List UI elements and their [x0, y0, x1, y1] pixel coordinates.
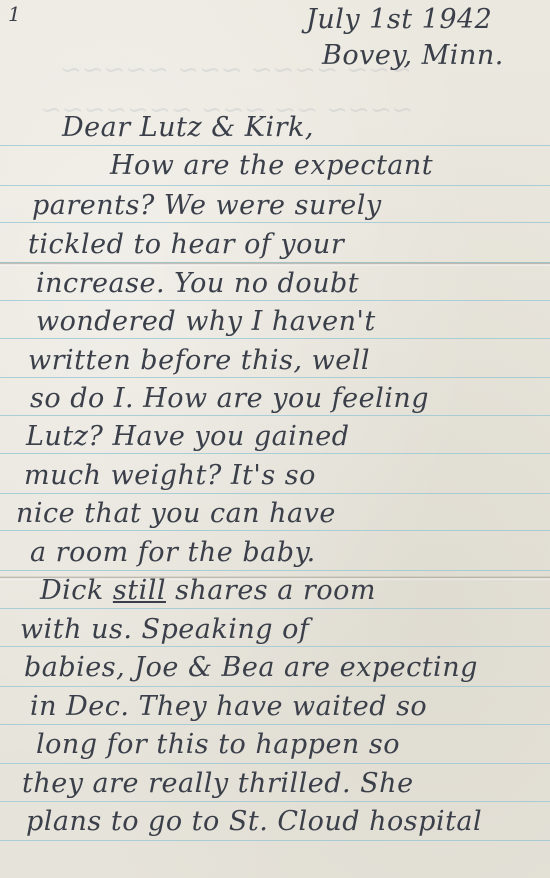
letter-place: Bovey, Minn.: [322, 40, 504, 71]
ruled-line: [0, 530, 550, 531]
ruled-line: [0, 724, 550, 725]
ruled-line: [0, 300, 550, 301]
ruled-line: [0, 686, 550, 687]
body-line: Lutz? Have you gained: [26, 421, 350, 452]
body-line: so do I. How are you feeling: [30, 383, 429, 414]
ruled-line: [0, 453, 550, 454]
ruled-line: [0, 646, 550, 647]
body-line: wondered why I haven't: [36, 306, 376, 337]
body-line: much weight? It's so: [24, 460, 316, 491]
salutation: Dear Lutz & Kirk,: [62, 112, 314, 143]
ruled-line: [0, 185, 550, 186]
body-line: with us. Speaking of: [20, 614, 309, 645]
ruled-line: [0, 222, 550, 223]
body-line: babies, Joe & Bea are expecting: [24, 652, 478, 683]
ruled-line: [0, 415, 550, 416]
body-line: in Dec. They have waited so: [30, 691, 427, 722]
ruled-line: [0, 570, 550, 571]
ruled-line: [0, 763, 550, 764]
body-line: a room for the baby.: [30, 537, 316, 568]
body-line: plans to go to St. Cloud hospital: [26, 806, 482, 837]
ruled-line: [0, 377, 550, 378]
ruled-line: [0, 338, 550, 339]
ruled-line: [0, 608, 550, 609]
body-line: written before this, well: [28, 345, 370, 376]
ruled-line: [0, 801, 550, 802]
paper-fold: [0, 262, 550, 266]
body-line: nice that you can have: [16, 498, 336, 529]
letter-page: ~~~ ~~~~ ~~~ ~~~~~ ~~~~ ~~ ~~~ ~~~~~~~ 1…: [0, 0, 550, 878]
page-number: 1: [8, 2, 21, 26]
ruled-line: [0, 145, 550, 146]
body-line: tickled to hear of your: [28, 229, 344, 260]
body-line: parents? We were surely: [32, 190, 382, 221]
body-line: How are the expectant: [110, 150, 433, 181]
underlined-word: still: [113, 575, 166, 606]
body-line: they are really thrilled. She: [22, 768, 414, 799]
letter-date: July 1st 1942: [306, 4, 492, 35]
body-line: Dick still shares a room: [40, 575, 376, 606]
ruled-line: [0, 840, 550, 841]
ruled-line: [0, 493, 550, 494]
body-line: long for this to happen so: [36, 729, 400, 760]
body-line-text: Dick still shares a room: [40, 575, 376, 606]
body-line: increase. You no doubt: [36, 268, 359, 299]
